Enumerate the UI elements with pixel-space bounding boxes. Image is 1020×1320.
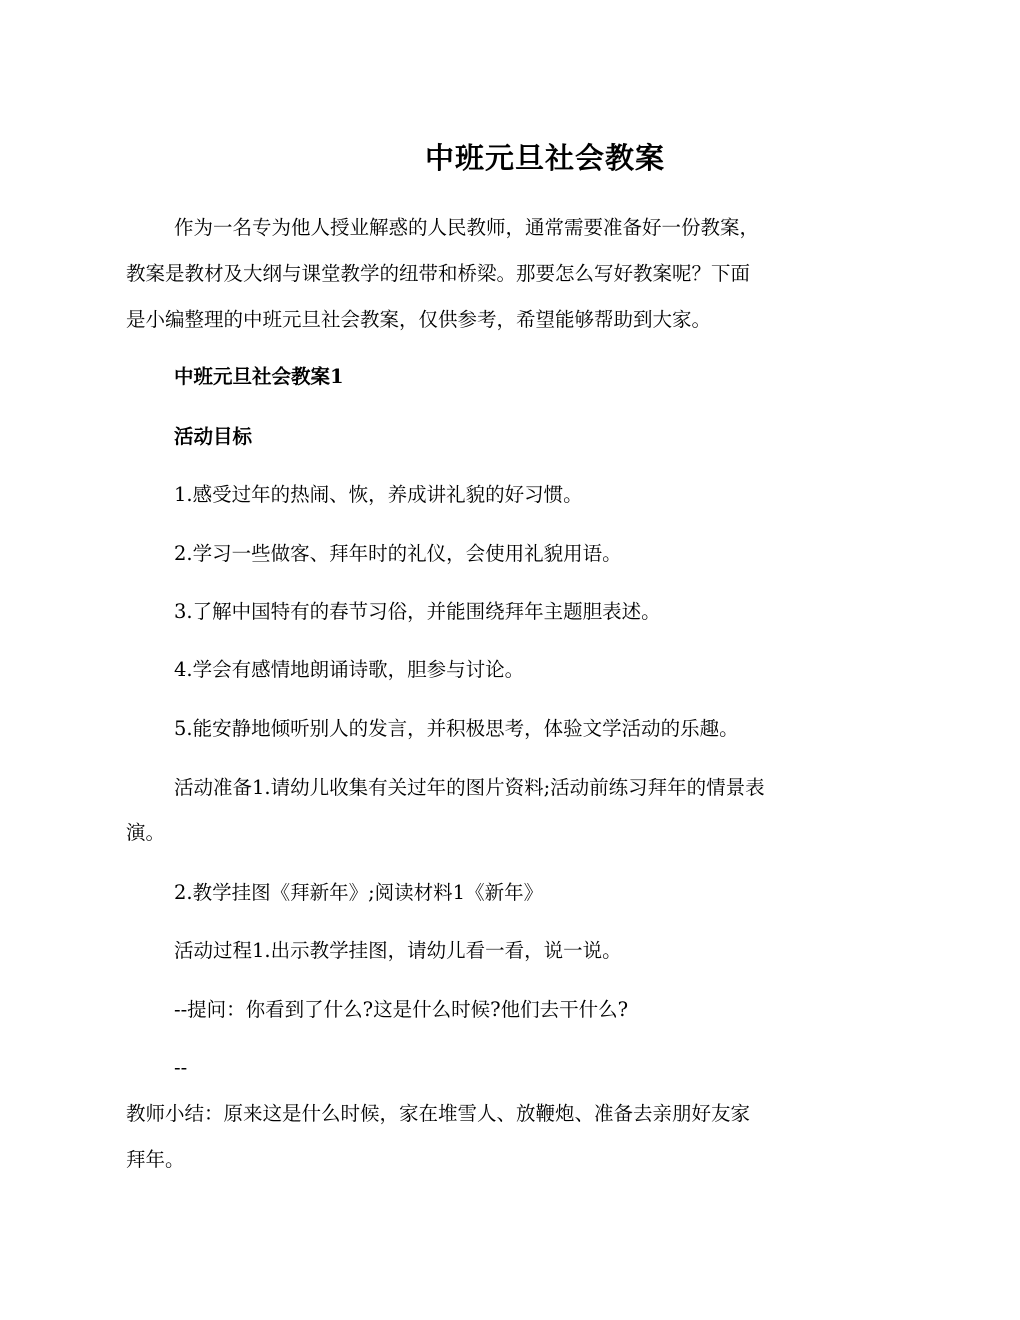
intro-line-3: 是小编整理的中班元旦社会教案，仅供参考，希望能够帮助到大家。 bbox=[126, 310, 711, 330]
summary-line-1: 教师小结：原来这是什么时候，家在堆雪人、放鞭炮、准备去亲朋好友家 bbox=[126, 1104, 750, 1124]
goal-item-2: 2.学习一些做客、拜年时的礼仪，会使用礼貌用语。 bbox=[174, 544, 622, 564]
prep-line-2: 演。 bbox=[126, 823, 165, 843]
goal-item-1: 1.感受过年的热闹、恢，养成讲礼貌的好习惯。 bbox=[174, 485, 583, 505]
goal-item-4: 4.学会有感情地朗诵诗歌，胆参与讨论。 bbox=[174, 660, 524, 680]
prep-item-2: 2.教学挂图《拜新年》;阅读材料1《新年》 bbox=[174, 883, 543, 903]
question-line: --提问：你看到了什么?这是什么时候?他们去干什么? bbox=[174, 1000, 628, 1020]
dash-line: -- bbox=[174, 1058, 187, 1078]
document-page: 中班元旦社会教案 作为一名专为他人授业解惑的人民教师，通常需要准备好一份教案， … bbox=[0, 0, 1020, 1320]
intro-line-1: 作为一名专为他人授业解惑的人民教师，通常需要准备好一份教案， bbox=[174, 218, 759, 238]
goal-item-3: 3.了解中国特有的春节习俗，并能围绕拜年主题胆表述。 bbox=[174, 602, 661, 622]
goal-item-5: 5.能安静地倾听别人的发言，并积极思考，体验文学活动的乐趣。 bbox=[174, 719, 739, 739]
prep-line-1: 活动准备1.请幼儿收集有关过年的图片资料;活动前练习拜年的情景表 bbox=[174, 778, 765, 798]
process-line: 活动过程1.出示教学挂图，请幼儿看一看，说一说。 bbox=[174, 941, 622, 961]
section-heading: 中班元旦社会教案1 bbox=[174, 367, 344, 387]
goals-heading: 活动目标 bbox=[174, 427, 252, 447]
intro-line-2: 教案是教材及大纲与课堂教学的纽带和桥梁。那要怎么写好教案呢？下面 bbox=[126, 264, 750, 284]
document-title: 中班元旦社会教案 bbox=[0, 136, 1020, 177]
summary-line-2: 拜年。 bbox=[126, 1150, 185, 1170]
